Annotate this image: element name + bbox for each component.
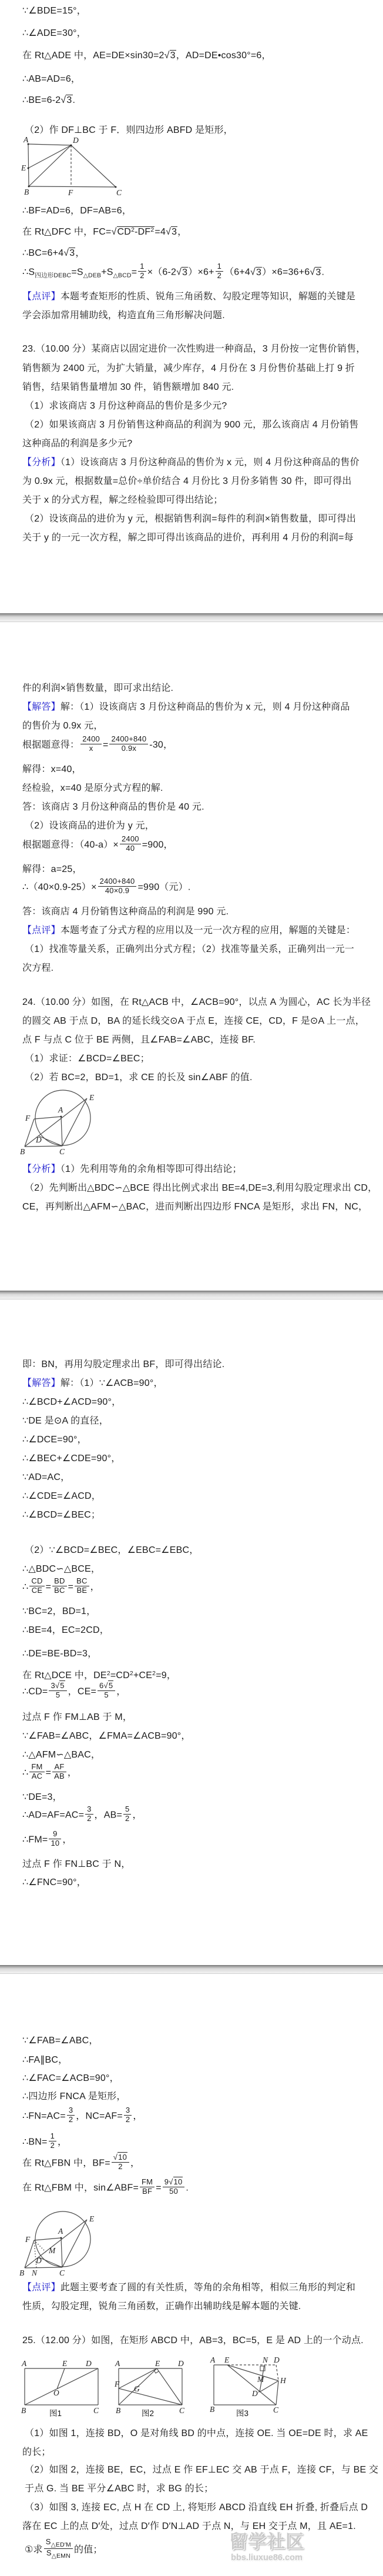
fraction: 2400+84040×0.9	[98, 877, 137, 896]
sqrt-expression: √3	[63, 248, 75, 258]
point-label-M: M	[257, 2375, 264, 2384]
text-line-20: 为 0.9x 元，根据数量=总价÷单价结合 4 月份比 3 月份多销售 30 件…	[22, 475, 352, 488]
text-line-66: ∴△AFM∽△BAC，	[22, 1749, 100, 1762]
text-line-83: 25.（12.00 分）如图，在矩形 ABCD 中，AB=3，BC=5，E 是 …	[22, 2334, 364, 2347]
point-label-D: D	[273, 2356, 280, 2364]
point-label-G: G	[134, 2384, 140, 2393]
text-line-34: ∴（40×0.9-25）×2400+84040×0.9=990（元）.	[22, 878, 191, 897]
text-line-10: ∴S四边形DEBC=S△DEB+S△BCD=12×（6-2√3）×6+12（6+…	[22, 263, 324, 282]
text-line-45: （2）先判断出△BDC∽△BCE 得出比例式求出 BE=4,DE=3,利用勾股定…	[25, 1182, 377, 1195]
text-line-73: ∵∠FAB=∠ABC，	[22, 2034, 99, 2047]
fraction: 32	[85, 1805, 93, 1823]
point-label-D: D	[35, 2256, 42, 2265]
point-label-E: E	[89, 1093, 95, 1102]
figure-problem25-tu2-svg: AEDFGBC图2	[115, 2359, 188, 2421]
text-line-76: ∴四边形 FNCA 是矩形，	[22, 2090, 126, 2103]
fraction: 6√55	[98, 1682, 115, 1700]
page-break-3	[0, 1965, 383, 1973]
point-label-A: A	[58, 1105, 63, 1114]
text-line-80: 在 Rt△FBM 中，sin∠ABF=FMBF=9√1050.	[22, 2179, 189, 2197]
point-label-C: C	[59, 1147, 65, 1156]
point-label-C: C	[179, 2406, 185, 2415]
text-line-87: 于点 G. 当 BE 平分∠ABC 时，求 BG 的长；	[25, 2483, 213, 2495]
text-line-58: ∴CDCE=BDBC=BCBE，	[22, 1578, 100, 1596]
document-page: 留学社区 bbs.liuxue86.com ∵∠BDE=15°，∴∠ADE=30…	[0, 0, 383, 2576]
point-label-C: C	[59, 2268, 65, 2277]
text-line-41: 点 F 与点 C 位于 BE 两侧，且∠FAB=∠ABC，连接 BF.	[22, 1034, 256, 1047]
section-label: 【点评】	[22, 2283, 61, 2293]
text-line-56: （2）∵∠BCD=∠BEC，∠EBC=∠EBC，	[25, 1544, 199, 1557]
figure-problem25-tu3-svg: AENDHMD′BC图3	[209, 2355, 288, 2421]
text-line-15: 销售，结果销售量增加 30 件，销售额增加 840 元.	[22, 381, 234, 394]
watermark-logo-text: 留学社区	[227, 2532, 307, 2552]
point-label-E: E	[62, 2359, 68, 2368]
watermark: 留学社区 bbs.liuxue86.com	[227, 2532, 307, 2562]
section-label: 【分析】	[22, 1164, 61, 1174]
point-label-A: A	[58, 2227, 63, 2236]
text-line-16: （1）求该商店 3 月份这种商品的售价是多少元?	[25, 400, 227, 413]
text-line-78: ∴BN=12，	[22, 2133, 67, 2151]
sqrt-expression: √3	[250, 267, 262, 278]
figure-problem24-circle-1: EAFDBC	[18, 1085, 106, 1160]
text-line-65: ∵∠FAB=∠ABC，∠FMA=∠ACB=90°，	[22, 1730, 191, 1743]
section-label: 【解答】	[22, 1378, 61, 1388]
text-line-67: ∴FMAC=AFAB，	[22, 1764, 77, 1782]
fraction: 12	[138, 262, 146, 280]
text-line-19: 【分析】（1）设该商店 3 月份这种商品的售价为 x 元，则 4 月份这种商品的…	[22, 456, 360, 469]
text-line-1: ∵∠BDE=15°，	[22, 5, 86, 18]
point-label-B: B	[21, 2406, 26, 2415]
point-label-F: F	[25, 2235, 31, 2244]
text-line-59: ∵BC=2，BD=1，	[22, 1605, 96, 1618]
text-line-42: （1）求证：∠BCD=∠BEC；	[25, 1053, 150, 1065]
section-label: 【点评】	[22, 926, 61, 935]
text-line-77: ∴FN=AC=32，NC=AF=32，	[22, 2107, 143, 2126]
text-line-18: 这种商品的利润是多少元?	[22, 437, 132, 450]
point-label-B: B	[210, 2405, 214, 2414]
text-line-53: ∵AD=AC，	[22, 1471, 70, 1484]
text-line-23: 关于 y 的一元一次方程，解之即可得出该商品的进价，再利用 4 月份的利润=每	[22, 532, 354, 544]
text-line-3: 在 Rt△ADE 中，AE=DE×sin30=2√3，AD=DE•cos30°=…	[22, 49, 271, 62]
point-label-A: A	[21, 2359, 27, 2368]
text-line-69: ∴AD=AF=AC=32，AB=52，	[22, 1806, 142, 1825]
text-line-43: （2）若 BC=2，BD=1，求 CE 的长及 sin∠ABF 的值.	[25, 1071, 253, 1084]
text-line-44: 【分析】（1）先利用等角的余角相等即可得出结论；	[22, 1163, 242, 1176]
point-label-E: E	[89, 2214, 95, 2223]
figure-problem24-circle-2: EAFMDBNC	[18, 2206, 106, 2281]
text-line-71: 过点 F 作 FN⊥BC 于 N，	[22, 1858, 130, 1871]
point-label-C: C	[93, 2406, 99, 2415]
section-label: 【解答】	[22, 702, 61, 712]
text-line-63: ∴CD=3√55，CE=6√55，	[22, 1683, 126, 1701]
point-label-A: A	[23, 135, 29, 144]
text-line-74: ∴FA∥BC，	[22, 2054, 68, 2067]
text-line-4: ∴AB=AD=6，	[22, 73, 80, 86]
text-line-60: ∴BE=4，EC=2CD，	[22, 1624, 109, 1637]
sqrt-expression: √3	[61, 95, 72, 105]
point-label-D: D	[177, 2359, 184, 2368]
text-line-30: 答：该商店 3 月份这种商品的售价是 40 元.	[22, 801, 204, 814]
fraction: 12	[216, 262, 223, 280]
point-label-A: A	[115, 2359, 120, 2368]
sqrt-expression: √10	[113, 2152, 127, 2161]
point-label-C: C	[116, 188, 122, 197]
text-line-35: 答：该商店 4 月份销售这种商品的利润是 990 元.	[22, 906, 229, 918]
fraction: FMAC	[29, 1763, 44, 1781]
sqrt-expression: √3	[176, 267, 188, 278]
text-line-8: 在 Rt△DFC 中，FC=√CD2-DF2=4√3，	[22, 223, 187, 239]
fraction: 12	[49, 2132, 56, 2150]
point-label-N: N	[31, 2268, 38, 2277]
point-label-C: C	[273, 2405, 279, 2414]
point-label-B: B	[116, 2406, 120, 2415]
text-line-55: ∴∠BCD=∠BEC；	[22, 1509, 100, 1522]
point-label-B: B	[24, 188, 29, 196]
sqrt-expression: √3	[164, 50, 176, 61]
point-label-D′: D′	[251, 2389, 260, 2398]
fraction: 2400x	[80, 735, 102, 753]
text-line-38: 次方程.	[22, 962, 53, 975]
text-line-11: 【点评】本题考查矩形的性质、锐角三角函数、勾股定理等知识，解题的关键是	[22, 290, 355, 303]
text-line-79: 在 Rt△FBN 中，BF=√102，	[22, 2154, 140, 2173]
point-label-E: E	[21, 163, 26, 172]
fraction: 910	[49, 1830, 61, 1848]
point-label-N: N	[262, 2356, 268, 2364]
text-line-47: 即：BN，再用勾股定理求出 BF，即可得出结论.	[22, 1358, 224, 1371]
sqrt-expression: √5	[103, 1680, 113, 1690]
point-label-D: D	[35, 1135, 42, 1144]
figure-problem25-tu3: AENDHMD′BC图3	[209, 2355, 288, 2421]
text-line-22: （2）设该商品的进价为 y 元，根据销售利润=每件的利润×销售数量，即可得出	[25, 513, 356, 526]
text-line-14: 销售额为 2400 元，为扩大销量，减少库存，4 月份在 3 月份售价基础上打 …	[22, 362, 355, 375]
point-label-F: F	[68, 188, 73, 197]
text-line-68: ∵DE=3，	[22, 1791, 62, 1804]
text-line-82: 性质，勾股定理，锐角三角函数，正确作出辅助线是解本题的关键.	[22, 2300, 301, 2313]
point-label-B: B	[20, 1147, 25, 1156]
text-line-2: ∴∠ADE=30°，	[22, 27, 86, 40]
text-line-84: （1）如图 1，连接 BD，O 是对角线 BD 的中点，连接 OE. 当 OE=…	[25, 2427, 368, 2440]
text-line-12: 学会添加常用辅助线，构造直角三角形解决问题.	[22, 309, 225, 322]
sqrt-expression: √CD2-DF2	[112, 226, 155, 237]
fraction: 32	[67, 2106, 75, 2124]
figure-problem25-tu1: AEDOBC图1	[21, 2359, 100, 2421]
text-line-9: ∴BC=6+4√3，	[22, 247, 85, 260]
fraction: CDCE	[29, 1577, 44, 1595]
fraction: √102	[112, 2153, 129, 2171]
text-line-81: 【点评】此题主要考查了圆的有关性质，等角的余角相等，相似三角形的判定和	[22, 2281, 355, 2294]
text-line-29: 经检验，x=40 是原分式方程的解.	[22, 782, 163, 795]
text-line-46: CE，再判断出△AFM∽△BAC，进而判断出四边形 FNCA 是矩形，求出 FN…	[22, 1201, 368, 1214]
fraction: BCBE	[75, 1577, 89, 1595]
fraction: 9√1050	[163, 2178, 185, 2196]
text-line-85: 的长；	[22, 2446, 51, 2459]
text-line-28: 解得：x=40，	[22, 763, 82, 776]
figure-caption: 图1	[49, 2409, 62, 2418]
text-line-17: （2）如果该商店 3 月份销售这种商品的利润为 900 元，那么该商店 4 月份…	[25, 419, 358, 432]
text-line-61: ∴DE=BE-BD=3，	[22, 1648, 97, 1660]
section-label: 【分析】	[22, 457, 61, 467]
fraction: BDBC	[52, 1577, 66, 1595]
text-line-40: 的圆交 AB 于点 D，BA 的延长线交⊙A 于点 E，连接 CE，CD，F 是…	[22, 1015, 365, 1028]
figure-problem22-trapezoid: ADEBFC	[21, 137, 132, 201]
fraction: 240040	[120, 835, 141, 853]
text-line-13: 23.（10.00 分）某商店以固定进价一次性购进一种商品，3 月份按一定售价销…	[22, 343, 365, 356]
figure-caption: 图2	[142, 2409, 154, 2418]
text-line-57: ∴△BDC∽△BCE，	[22, 1563, 100, 1576]
text-line-52: ∴∠BEC+∠CDE=90°，	[22, 1452, 120, 1465]
text-line-24: 件的利润×销售数量，即可求出结论.	[22, 682, 173, 695]
text-line-51: ∴∠DCE=90°，	[22, 1434, 87, 1446]
page-break-1	[0, 613, 383, 622]
point-label-D: D	[72, 136, 79, 145]
figure-problem24-circle-2-svg: EAFMDBNC	[18, 2206, 106, 2281]
point-label-M: M	[48, 2246, 56, 2255]
text-line-50: ∵DE 是⊙A 的直径，	[22, 1415, 109, 1428]
text-line-64: 过点 F 作 FM⊥AB 于 M，	[22, 1711, 132, 1724]
text-line-5: ∴BE=6-2√3.	[22, 94, 75, 107]
text-line-33: 解得：a=25，	[22, 863, 82, 876]
point-label-E: E	[154, 2359, 160, 2368]
text-line-26: 的售价为 0.9x 元，	[22, 720, 103, 733]
figure-problem22-trapezoid-svg: ADEBFC	[21, 137, 132, 201]
point-label-B: B	[19, 2268, 24, 2277]
point-label-F: F	[114, 2380, 120, 2388]
watermark-url: bbs.liuxue86.com	[227, 2553, 307, 2562]
sqrt-expression: √3	[166, 226, 177, 237]
text-line-6: （2）作 DF⊥BC 于 F．则四边形 ABFD 是矩形，	[25, 124, 233, 137]
text-line-62: 在 Rt△DCE 中，DE2=CD2+CE2=9，	[22, 1667, 176, 1682]
point-label-E: E	[224, 2356, 230, 2364]
fraction: AFAB	[52, 1763, 66, 1781]
text-line-7: ∴BF=AD=6，DF=AB=6，	[22, 205, 132, 218]
sqrt-expression: √3	[310, 267, 321, 278]
fraction: FMBF	[140, 2178, 154, 2196]
point-label-A: A	[210, 2356, 216, 2364]
text-line-21: 关于 x 的分式方程，解之经检验即可得出结论；	[22, 494, 223, 507]
text-line-70: ∴FM=910，	[22, 1831, 72, 1849]
figure-caption: 图3	[236, 2409, 248, 2418]
text-line-31: （2）设该商品的进价为 y 元，	[25, 820, 154, 833]
text-line-36: 【点评】本题考查了分式方程的应用以及一元一次方程的应用，解题的关键是：	[22, 924, 355, 937]
page-break-2	[0, 1291, 383, 1299]
text-line-32: 根据题意得：（40-a）×240040=900，	[22, 836, 173, 854]
figure-problem24-circle-1-svg: EAFDBC	[18, 1085, 106, 1160]
text-line-25: 【解答】解：（1）设该商店 3 月份这种商品的售价为 x 元，则 4 月份这种商…	[22, 701, 350, 714]
text-line-89: 落在 EC 上的点 D′处，过点 D′作 D′N⊥AD 于点 N，与 EH 交于…	[22, 2520, 356, 2533]
text-line-72: ∴∠FNC=90°，	[22, 1876, 86, 1889]
fraction: 3√55	[49, 1682, 66, 1700]
text-line-27: 根据题意得：2400x=2400+8400.9x-30，	[22, 736, 173, 754]
text-line-75: ∴∠FAC=∠ACB=90°，	[22, 2072, 119, 2085]
text-line-39: 24.（10.00 分）如图，在 Rt△ACB 中，∠ACB=90°，以点 A …	[22, 996, 371, 1009]
fraction: 52	[123, 1805, 131, 1823]
sqrt-expression: √5	[55, 1680, 65, 1690]
text-line-86: （2）如图 2，连接 BE，EC，过点 E 作 EF⊥EC 交 AB 于点 F，…	[25, 2464, 378, 2477]
fraction: 32	[124, 2106, 132, 2124]
point-label-D: D	[85, 2359, 92, 2368]
point-label-F: F	[25, 1114, 31, 1122]
text-line-88: （3）如图 3, 连接 EC, 点 H 在 CD 上, 将矩形 ABCD 沿直线…	[25, 2501, 368, 2514]
fraction: S△ED′MS△EMN	[44, 2538, 73, 2560]
text-line-90: ①求S△ED′MS△EMN的值；	[25, 2539, 103, 2561]
figure-problem25-tu1-svg: AEDOBC图1	[21, 2359, 100, 2421]
text-line-49: ∴∠BCD+∠ACD=90°，	[22, 1396, 121, 1409]
section-label: 【点评】	[22, 292, 61, 302]
text-line-54: ∴∠CDE=∠ACD，	[22, 1490, 101, 1503]
figure-problem25-tu2: AEDFGBC图2	[115, 2359, 188, 2421]
text-line-48: 【解答】解：（1）∵∠ACB=90°，	[22, 1377, 163, 1390]
point-label-H: H	[280, 2376, 287, 2385]
fraction: 2400+8400.9x	[109, 735, 148, 753]
point-label-O: O	[53, 2388, 59, 2397]
text-line-37: （1）找准等量关系，正确列出分式方程；（2）找准等量关系，正确列出一元一	[25, 943, 354, 956]
sqrt-expression: √10	[169, 2177, 183, 2186]
